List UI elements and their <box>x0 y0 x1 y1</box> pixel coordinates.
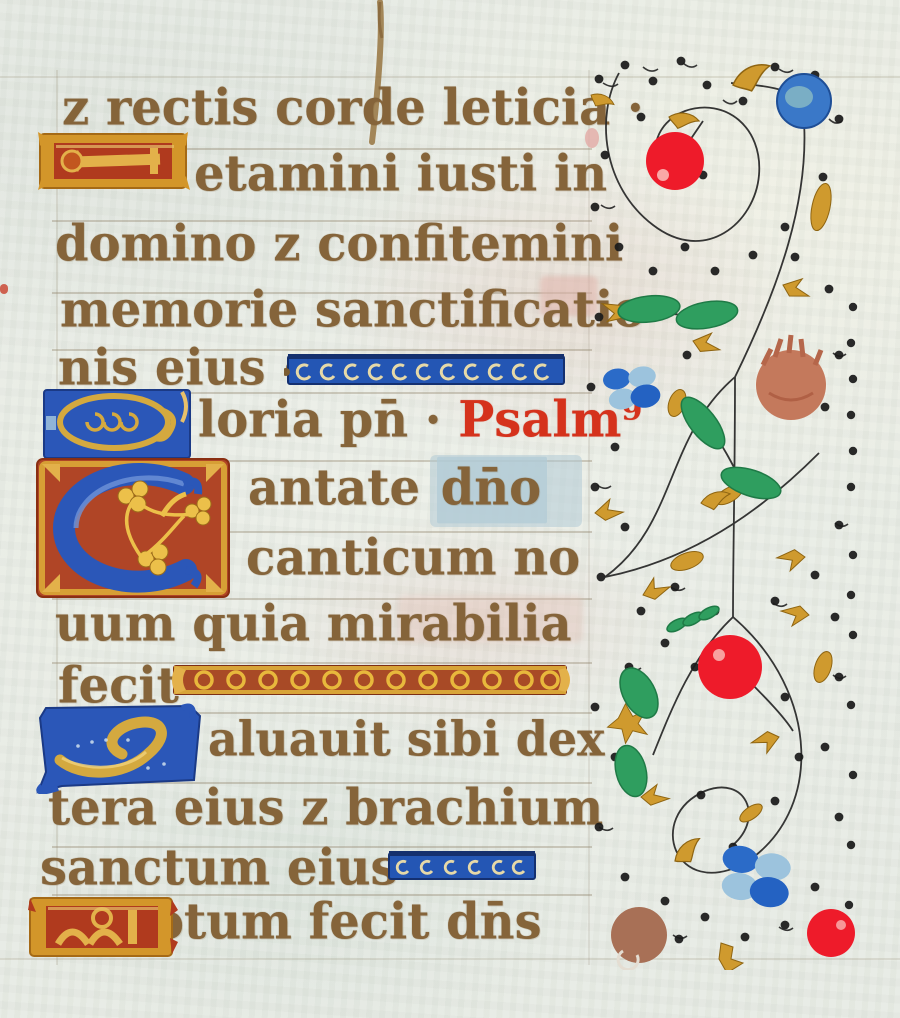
blue-butterfly-flower-bottom <box>717 843 795 909</box>
manuscript-page: z rectis corde leticia · etamini iusti i… <box>0 0 900 1018</box>
text-line: aluauit sibi dex <box>208 715 605 763</box>
text-line: otum fecit dn̄s <box>152 897 542 947</box>
text-line: loria pn̄ · Psalm⁹ <box>198 395 642 445</box>
text-line: memorie sanctificatio <box>60 285 645 335</box>
illuminated-initial-S <box>32 702 204 794</box>
text-line: uum quia mirabilia <box>55 599 572 649</box>
red-berry-mid <box>698 635 762 699</box>
text-line: canticum no <box>246 533 580 583</box>
red-berry-bottom <box>807 909 855 957</box>
illuminated-initial-N <box>28 892 178 964</box>
red-berry-top <box>646 132 704 190</box>
line-filler-red-gold <box>168 660 570 700</box>
text-line: z rectis corde leticia · <box>62 83 644 133</box>
floral-border <box>583 55 873 970</box>
text-segment: loria pn̄ · <box>198 391 441 449</box>
line-filler-blue <box>284 348 568 390</box>
text-line: nis eius · <box>58 343 299 393</box>
text-line: antate dn̄o <box>248 463 547 513</box>
line-filler-blue-small <box>386 846 538 886</box>
text-line: etamini iusti in <box>194 149 607 199</box>
red-edge-speck <box>0 284 8 294</box>
text-line: domino z confitemini <box>55 219 623 269</box>
blue-butterfly-flower-mid <box>601 362 662 414</box>
text-segment: antate <box>248 459 437 517</box>
text-line: sanctum eius <box>40 843 398 893</box>
illuminated-initial-G <box>42 388 192 460</box>
highlighted-word-dno: dn̄o <box>437 457 547 524</box>
salmon-flower <box>756 335 826 420</box>
illuminated-initial-L <box>38 130 190 192</box>
illuminated-initial-C <box>34 456 236 600</box>
